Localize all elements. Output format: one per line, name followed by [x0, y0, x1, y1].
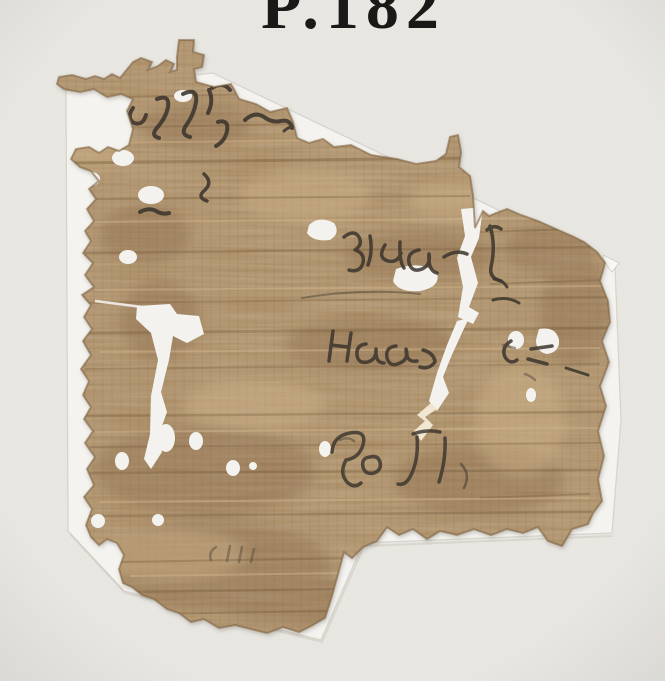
scan-vignette	[0, 0, 665, 681]
papyrus-photo	[0, 0, 665, 681]
catalog-number-label: P.182	[21, 0, 665, 40]
scan-page: P.182	[0, 0, 665, 681]
